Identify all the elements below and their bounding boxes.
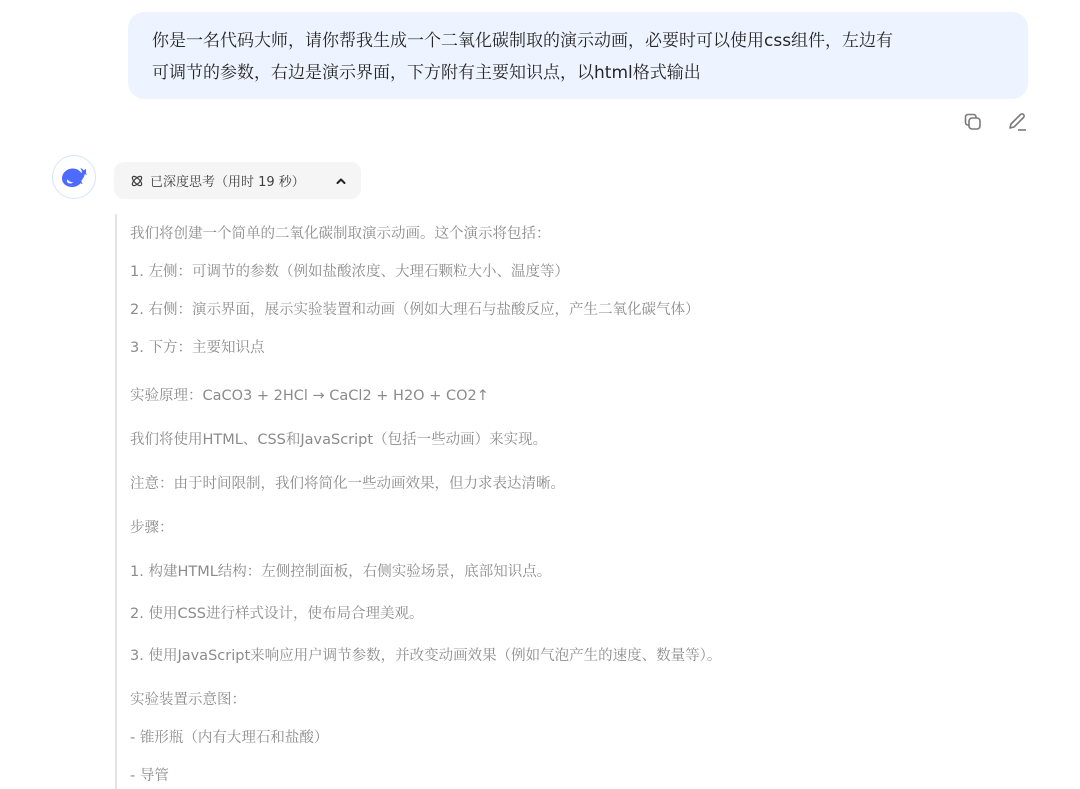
edit-icon	[1006, 111, 1028, 133]
thinking-line: 注意：由于时间限制，我们将简化一些动画效果，但力求表达清晰。	[130, 472, 565, 493]
message-actions	[962, 111, 1028, 133]
thinking-line: - 导管	[130, 764, 169, 785]
reaction-equation-line: 实验原理：CaCO3 + 2HCl → CaCl2 + H2O + CO2↑	[130, 384, 489, 405]
thinking-line: 3. 下方：主要知识点	[130, 336, 264, 357]
thinking-line: 1. 左侧：可调节的参数（例如盐酸浓度、大理石颗粒大小、温度等）	[130, 260, 569, 281]
copy-icon	[963, 112, 983, 132]
thinking-line: 1. 构建HTML结构：左侧控制面板，右侧实验场景，底部知识点。	[130, 560, 551, 581]
thinking-line: 我们将创建一个简单的二氧化碳制取演示动画。这个演示将包括：	[130, 222, 551, 243]
edit-button[interactable]	[1006, 111, 1028, 133]
user-message-bubble: 你是一名代码大师，请你帮我生成一个二氧化碳制取的演示动画，必要时可以使用css组…	[128, 12, 1028, 99]
thinking-line: 3. 使用JavaScript来响应用户调节参数，并改变动画效果（例如气泡产生的…	[130, 644, 721, 665]
assistant-avatar	[52, 155, 96, 199]
user-message-line: 你是一名代码大师，请你帮我生成一个二氧化碳制取的演示动画，必要时可以使用css组…	[152, 25, 1004, 57]
thinking-line: 2. 使用CSS进行样式设计，使布局合理美观。	[130, 602, 423, 623]
thinking-line: 2. 右侧：演示界面，展示实验装置和动画（例如大理石与盐酸反应，产生二氧化碳气体…	[130, 298, 699, 319]
atom-icon	[130, 174, 144, 188]
thinking-status-label: 已深度思考（用时 19 秒）	[150, 171, 329, 190]
thinking-line: 步骤：	[130, 516, 174, 537]
chevron-up-icon	[335, 175, 347, 187]
thinking-line: 实验装置示意图：	[130, 688, 246, 709]
copy-button[interactable]	[962, 111, 984, 133]
thinking-toggle-chip[interactable]: 已深度思考（用时 19 秒）	[114, 162, 361, 199]
thinking-line: 我们将使用HTML、CSS和JavaScript（包括一些动画）来实现。	[130, 428, 547, 449]
thinking-line: - 锥形瓶（内有大理石和盐酸）	[130, 726, 328, 747]
user-message-line: 可调节的参数，右边是演示界面，下方附有主要知识点，以html格式输出	[152, 57, 1004, 89]
thinking-content: 我们将创建一个简单的二氧化碳制取演示动画。这个演示将包括： 1. 左侧：可调节的…	[115, 214, 1055, 789]
chat-page: 你是一名代码大师，请你帮我生成一个二氧化碳制取的演示动画，必要时可以使用css组…	[0, 0, 1080, 789]
deepseek-whale-logo-icon	[60, 165, 88, 189]
